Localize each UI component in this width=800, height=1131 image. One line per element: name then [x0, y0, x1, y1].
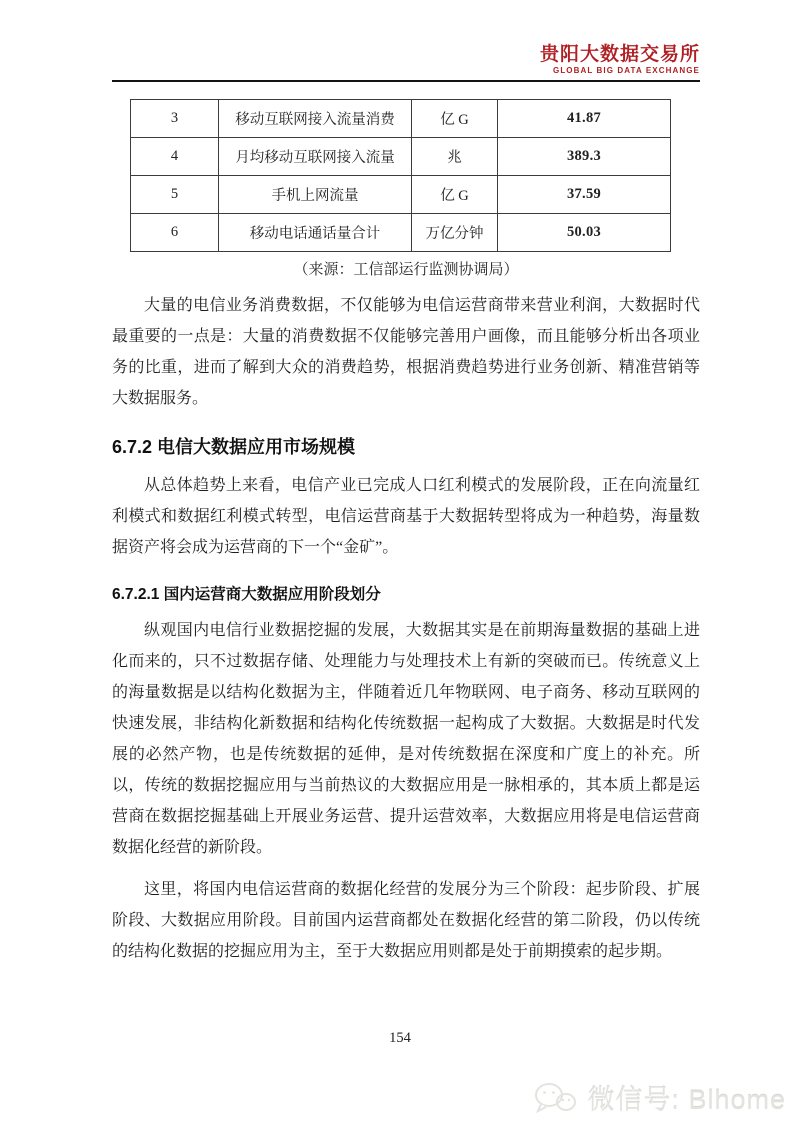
row-number: 6	[131, 214, 219, 252]
row-number: 4	[131, 138, 219, 176]
row-number: 3	[131, 100, 219, 138]
watermark-text: 微信号: Blhome	[587, 1078, 786, 1117]
metric-unit: 亿 G	[412, 100, 498, 138]
table-source-note: （来源：工信部运行监测协调局）	[112, 258, 700, 279]
metric-value: 389.3	[498, 138, 671, 176]
section-heading-6721: 6.7.2.1 国内运营商大数据应用阶段划分	[112, 582, 700, 604]
metric-name: 移动互联网接入流量消费	[219, 100, 412, 138]
metric-unit: 亿 G	[412, 176, 498, 214]
metric-name: 月均移动互联网接入流量	[219, 138, 412, 176]
telecom-metrics-table: 3 移动互联网接入流量消费 亿 G 41.87 4 月均移动互联网接入流量 兆 …	[130, 99, 671, 252]
metric-unit: 万亿分钟	[412, 214, 498, 252]
metric-unit: 兆	[412, 138, 498, 176]
table-row: 5 手机上网流量 亿 G 37.59	[131, 176, 671, 214]
document-page: 贵阳大数据交易所 GLOBAL BIG DATA EXCHANGE 3 移动互联…	[112, 0, 700, 967]
table-row: 3 移动互联网接入流量消费 亿 G 41.87	[131, 100, 671, 138]
paragraph-data-mining-history: 纵观国内电信行业数据挖掘的发展，大数据其实是在前期海量数据的基础上进化而来的，只…	[112, 615, 700, 863]
metric-value: 37.59	[498, 176, 671, 214]
org-name-en: GLOBAL BIG DATA EXCHANGE	[112, 66, 700, 76]
paragraph-consumption-data: 大量的电信业务消费数据，不仅能够为电信运营商带来营业利润，大数据时代最重要的一点…	[112, 290, 700, 414]
paragraph-three-stages: 这里，将国内电信运营商的数据化经营的发展分为三个阶段：起步阶段、扩展阶段、大数据…	[112, 874, 700, 967]
section-heading-672: 6.7.2 电信大数据应用市场规模	[112, 433, 700, 459]
page-number: 154	[0, 1030, 800, 1047]
wechat-watermark: 微信号: Blhome	[533, 1078, 786, 1117]
metric-value: 41.87	[498, 100, 671, 138]
org-name-cn: 贵阳大数据交易所	[112, 44, 700, 66]
metric-name: 手机上网流量	[219, 176, 412, 214]
row-number: 5	[131, 176, 219, 214]
page-header: 贵阳大数据交易所 GLOBAL BIG DATA EXCHANGE	[112, 0, 700, 82]
table-row: 4 月均移动互联网接入流量 兆 389.3	[131, 138, 671, 176]
table-row: 6 移动电话通话量合计 万亿分钟 50.03	[131, 214, 671, 252]
paragraph-market-trend: 从总体趋势上来看，电信产业已完成人口红利模式的发展阶段，正在向流量红利模式和数据…	[112, 470, 700, 563]
metric-name: 移动电话通话量合计	[219, 214, 412, 252]
metric-value: 50.03	[498, 214, 671, 252]
wechat-icon	[533, 1080, 577, 1116]
